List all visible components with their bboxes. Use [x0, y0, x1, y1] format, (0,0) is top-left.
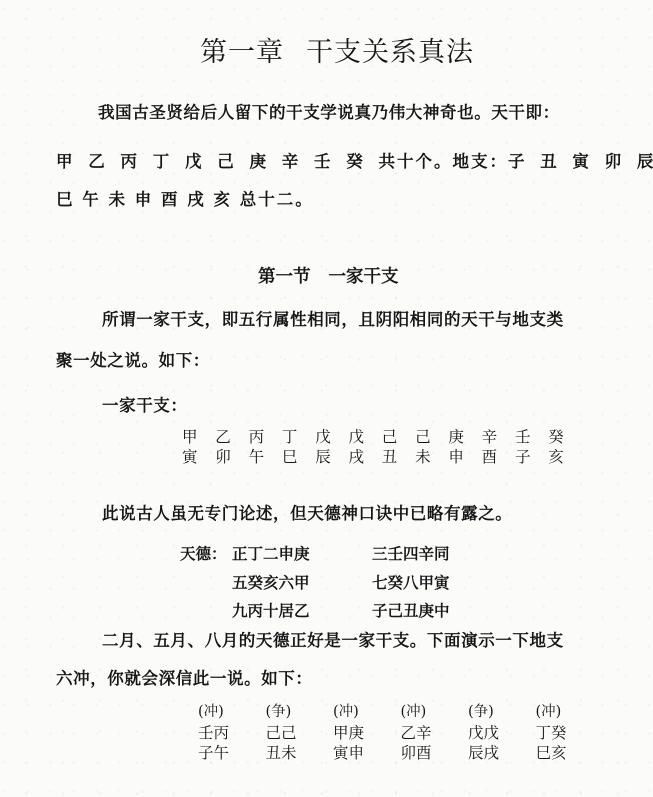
branch-cell: 酉 — [482, 447, 515, 467]
branch-cell: 辰 — [315, 447, 348, 467]
section-heading: 第一节一家干支 — [258, 263, 399, 288]
branch-cell: 午 — [249, 447, 282, 467]
stem-cell: 甲 — [182, 427, 215, 447]
chong-column: (争) 己己 丑未 — [266, 702, 334, 764]
stem-cell: 辛 — [482, 427, 515, 447]
tiande-verse: 天德： 正丁二申庚 三壬四辛同 五癸亥六甲 七癸八甲寅 九丙十居乙 子己丑庚中 — [180, 540, 450, 626]
relation-tag: (争) — [266, 702, 334, 723]
chapter-title: 干支关系真法 — [306, 37, 474, 68]
branch-cell: 巳 — [282, 447, 315, 467]
relation-tag: (冲) — [198, 702, 266, 723]
stem-pair: 乙辛 — [401, 723, 469, 744]
stem-pair: 壬丙 — [198, 723, 266, 744]
branch-pair: 寅申 — [333, 743, 401, 764]
stem-cell: 壬 — [515, 427, 548, 447]
stem-cell: 丁 — [282, 427, 315, 447]
chong-column: (冲) 甲庚 寅申 — [333, 702, 401, 764]
tiande-label: 天德： — [180, 540, 232, 569]
stem-pair: 丁癸 — [536, 723, 604, 744]
chong-column: (争) 戊戊 辰戌 — [468, 702, 536, 764]
stem-pair: 戊戊 — [468, 723, 536, 744]
branch-pair: 丑未 — [266, 743, 334, 764]
intro-line-1: 我国古圣贤给后人留下的干支学说真乃伟大神奇也。天干即： — [98, 99, 560, 123]
verse-phrase: 九丙十居乙 — [232, 597, 372, 626]
verse-phrase: 七癸八甲寅 — [372, 569, 450, 598]
stem-cell: 戊 — [315, 427, 348, 447]
branch-cell: 亥 — [548, 447, 581, 467]
chapter-number: 第一章 — [200, 37, 284, 68]
ganzhi-pair-table: 甲 乙 丙 丁 戊 戊 己 己 庚 辛 壬 癸 寅 卯 午 巳 辰 戌 丑 未 … — [182, 427, 582, 467]
section-title: 一家干支 — [329, 267, 399, 287]
relation-tag: (冲) — [536, 702, 604, 723]
intro-line-3: 巳 午 未 申 酉 戌 亥 总十二。 — [56, 186, 314, 210]
relation-tag: (冲) — [401, 702, 469, 723]
stems-row: 甲 乙 丙 丁 戊 戊 己 己 庚 辛 壬 癸 — [182, 427, 582, 447]
paragraph-tiande-intro: 此说古人虽无专门论述，但天德神口诀中已略有露之。 — [102, 500, 512, 524]
verse-phrase: 三壬四辛同 — [372, 540, 450, 569]
branch-cell: 丑 — [382, 447, 415, 467]
branch-pair: 卯酉 — [401, 743, 469, 764]
relation-tag: (争) — [468, 702, 536, 723]
stem-cell: 癸 — [548, 427, 581, 447]
list-label: 一家干支： — [102, 392, 188, 416]
stem-cell: 丙 — [249, 427, 282, 447]
liuchong-table: (冲) 壬丙 子午 (争) 己己 丑未 (冲) 甲庚 寅申 (冲) 乙辛 卯酉 … — [198, 702, 603, 764]
stem-cell: 戊 — [348, 427, 381, 447]
branch-cell: 申 — [448, 447, 481, 467]
book-page: 第一章干支关系真法 我国古圣贤给后人留下的干支学说真乃伟大神奇也。天干即： 甲 … — [0, 0, 653, 797]
paragraph-definition-line-2: 聚一处之说。如下： — [56, 347, 210, 371]
branch-pair: 辰戌 — [468, 743, 536, 764]
paragraph-liuchong-line-1: 二月、五月、八月的天德正好是一家干支。下面演示一下地支 — [102, 627, 564, 651]
stem-cell: 己 — [415, 427, 448, 447]
stem-cell: 乙 — [215, 427, 248, 447]
branch-cell: 戌 — [348, 447, 381, 467]
verse-row: 天德： 正丁二申庚 三壬四辛同 — [180, 540, 450, 569]
paragraph-definition-line-1: 所谓一家干支，即五行属性相同，且阴阳相同的天干与地支类 — [102, 306, 564, 330]
branches-row: 寅 卯 午 巳 辰 戌 丑 未 申 酉 子 亥 — [182, 447, 582, 467]
section-number: 第一节 — [258, 267, 311, 287]
verse-row: 五癸亥六甲 七癸八甲寅 — [180, 569, 450, 598]
verse-phrase: 子己丑庚中 — [372, 597, 450, 626]
branch-cell: 未 — [415, 447, 448, 467]
chong-column: (冲) 乙辛 卯酉 — [401, 702, 469, 764]
branch-cell: 寅 — [182, 447, 215, 467]
chapter-heading: 第一章干支关系真法 — [200, 30, 474, 69]
stem-cell: 庚 — [448, 427, 481, 447]
verse-phrase: 五癸亥六甲 — [232, 569, 372, 598]
branch-pair: 巳亥 — [536, 743, 604, 764]
verse-row: 九丙十居乙 子己丑庚中 — [180, 597, 450, 626]
relation-tag: (冲) — [333, 702, 401, 723]
stem-pair: 己己 — [266, 723, 334, 744]
intro-line-2: 甲 乙 丙 丁 戊 己 庚 辛 壬 癸 共十个。地支：子 丑 寅 卯 辰 — [56, 148, 653, 172]
paragraph-liuchong-line-2: 六冲，你就会深信此一说。如下： — [56, 665, 313, 689]
branch-pair: 子午 — [198, 743, 266, 764]
stem-cell: 己 — [382, 427, 415, 447]
chong-column: (冲) 壬丙 子午 — [198, 702, 266, 764]
stem-pair: 甲庚 — [333, 723, 401, 744]
chong-column: (冲) 丁癸 巳亥 — [536, 702, 604, 764]
branch-cell: 子 — [515, 447, 548, 467]
branch-cell: 卯 — [215, 447, 248, 467]
verse-phrase: 正丁二申庚 — [232, 540, 372, 569]
